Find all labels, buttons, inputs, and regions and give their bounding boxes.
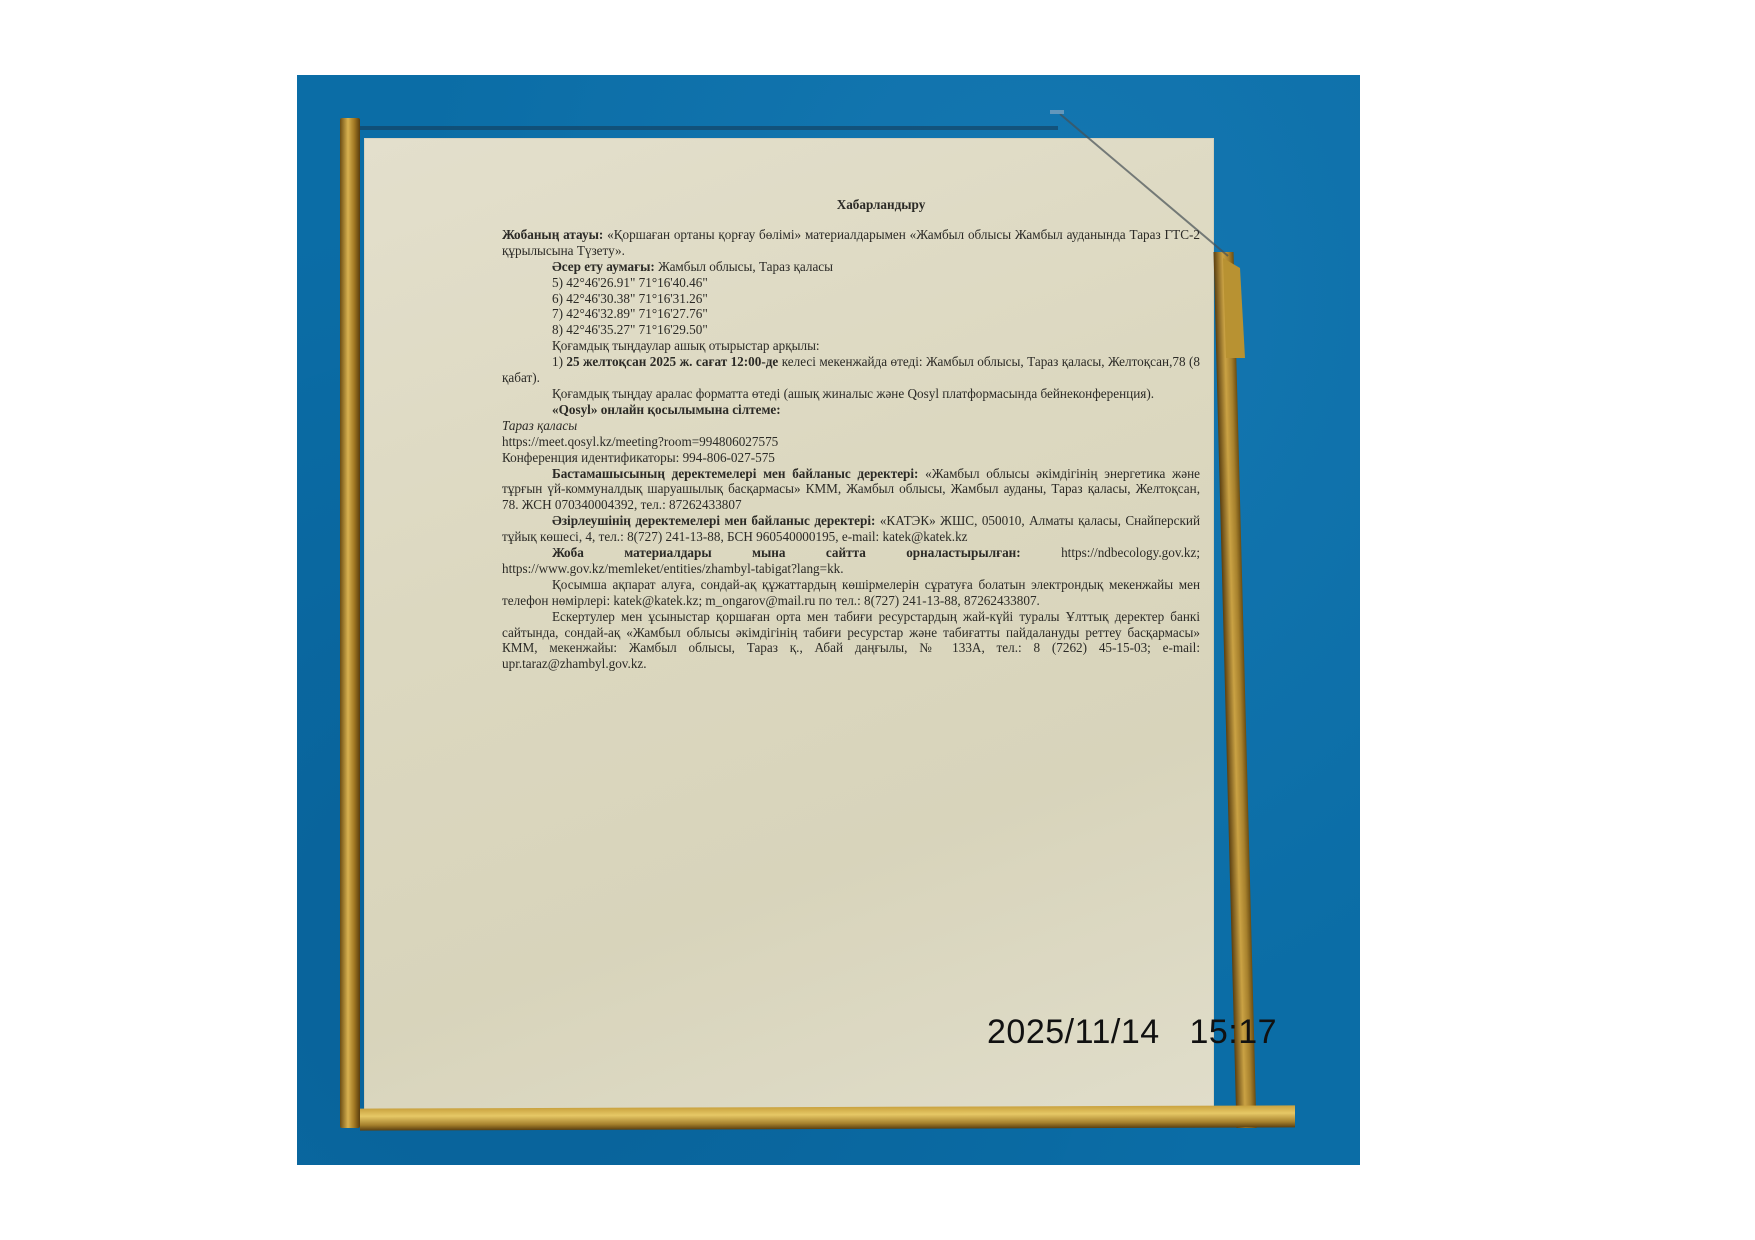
acrylic-holder-edge xyxy=(358,126,1058,130)
coordinate-7: 7) 42°46'32.89" 71°16'27.76" xyxy=(502,306,1200,322)
qosyl-city: Тараз қаласы xyxy=(502,418,1200,434)
impact-area: Әсер ету аумағы: Жамбыл облысы, Тараз қа… xyxy=(502,259,1200,275)
document-title: Хабарландыру xyxy=(502,197,1200,213)
hearing-details: 1) 25 желтоқсан 2025 ж. сағат 12:00-де к… xyxy=(502,354,1200,386)
project-name: Жобаның атауы: «Қоршаған ортаны қорғау б… xyxy=(502,227,1200,259)
gold-frame-bottom xyxy=(360,1105,1295,1130)
additional-info: Қосымша ақпарат алуға, сондай-ақ құжатта… xyxy=(502,577,1200,609)
remarks: Ескертулер мен ұсыныстар қоршаған орта м… xyxy=(502,609,1200,673)
gold-frame-left xyxy=(340,118,360,1128)
qosyl-url: https://meet.qosyl.kz/meeting?room=99480… xyxy=(502,434,1200,450)
developer-details: Әзірлеушінің деректемелері мен байланыс … xyxy=(502,513,1200,545)
coordinate-8: 8) 42°46'35.27" 71°16'29.50" xyxy=(502,322,1200,338)
hearing-format: Қоғамдық тыңдау аралас форматта өтеді (а… xyxy=(502,386,1200,402)
hearings-intro: Қоғамдық тыңдаулар ашық отырыстар арқылы… xyxy=(502,338,1200,354)
initiator-details: Бастамашысының деректемелері мен байланы… xyxy=(502,466,1200,514)
coordinate-6: 6) 42°46'30.38" 71°16'31.26" xyxy=(502,291,1200,307)
coordinate-5: 5) 42°46'26.91" 71°16'40.46" xyxy=(502,275,1200,291)
conference-id: Конференция идентификаторы: 994-806-027-… xyxy=(502,450,1200,466)
photo-timestamp: 2025/11/14 15:17 xyxy=(987,1013,1277,1052)
materials-location: Жоба материалдары мына сайтта орналастыр… xyxy=(502,545,1200,577)
notice-document: Хабарландыру Жобаның атауы: «Қоршаған ор… xyxy=(502,197,1200,672)
qosyl-link-label: «Qosyl» онлайн қосылымына сілтеме: xyxy=(502,402,1200,418)
